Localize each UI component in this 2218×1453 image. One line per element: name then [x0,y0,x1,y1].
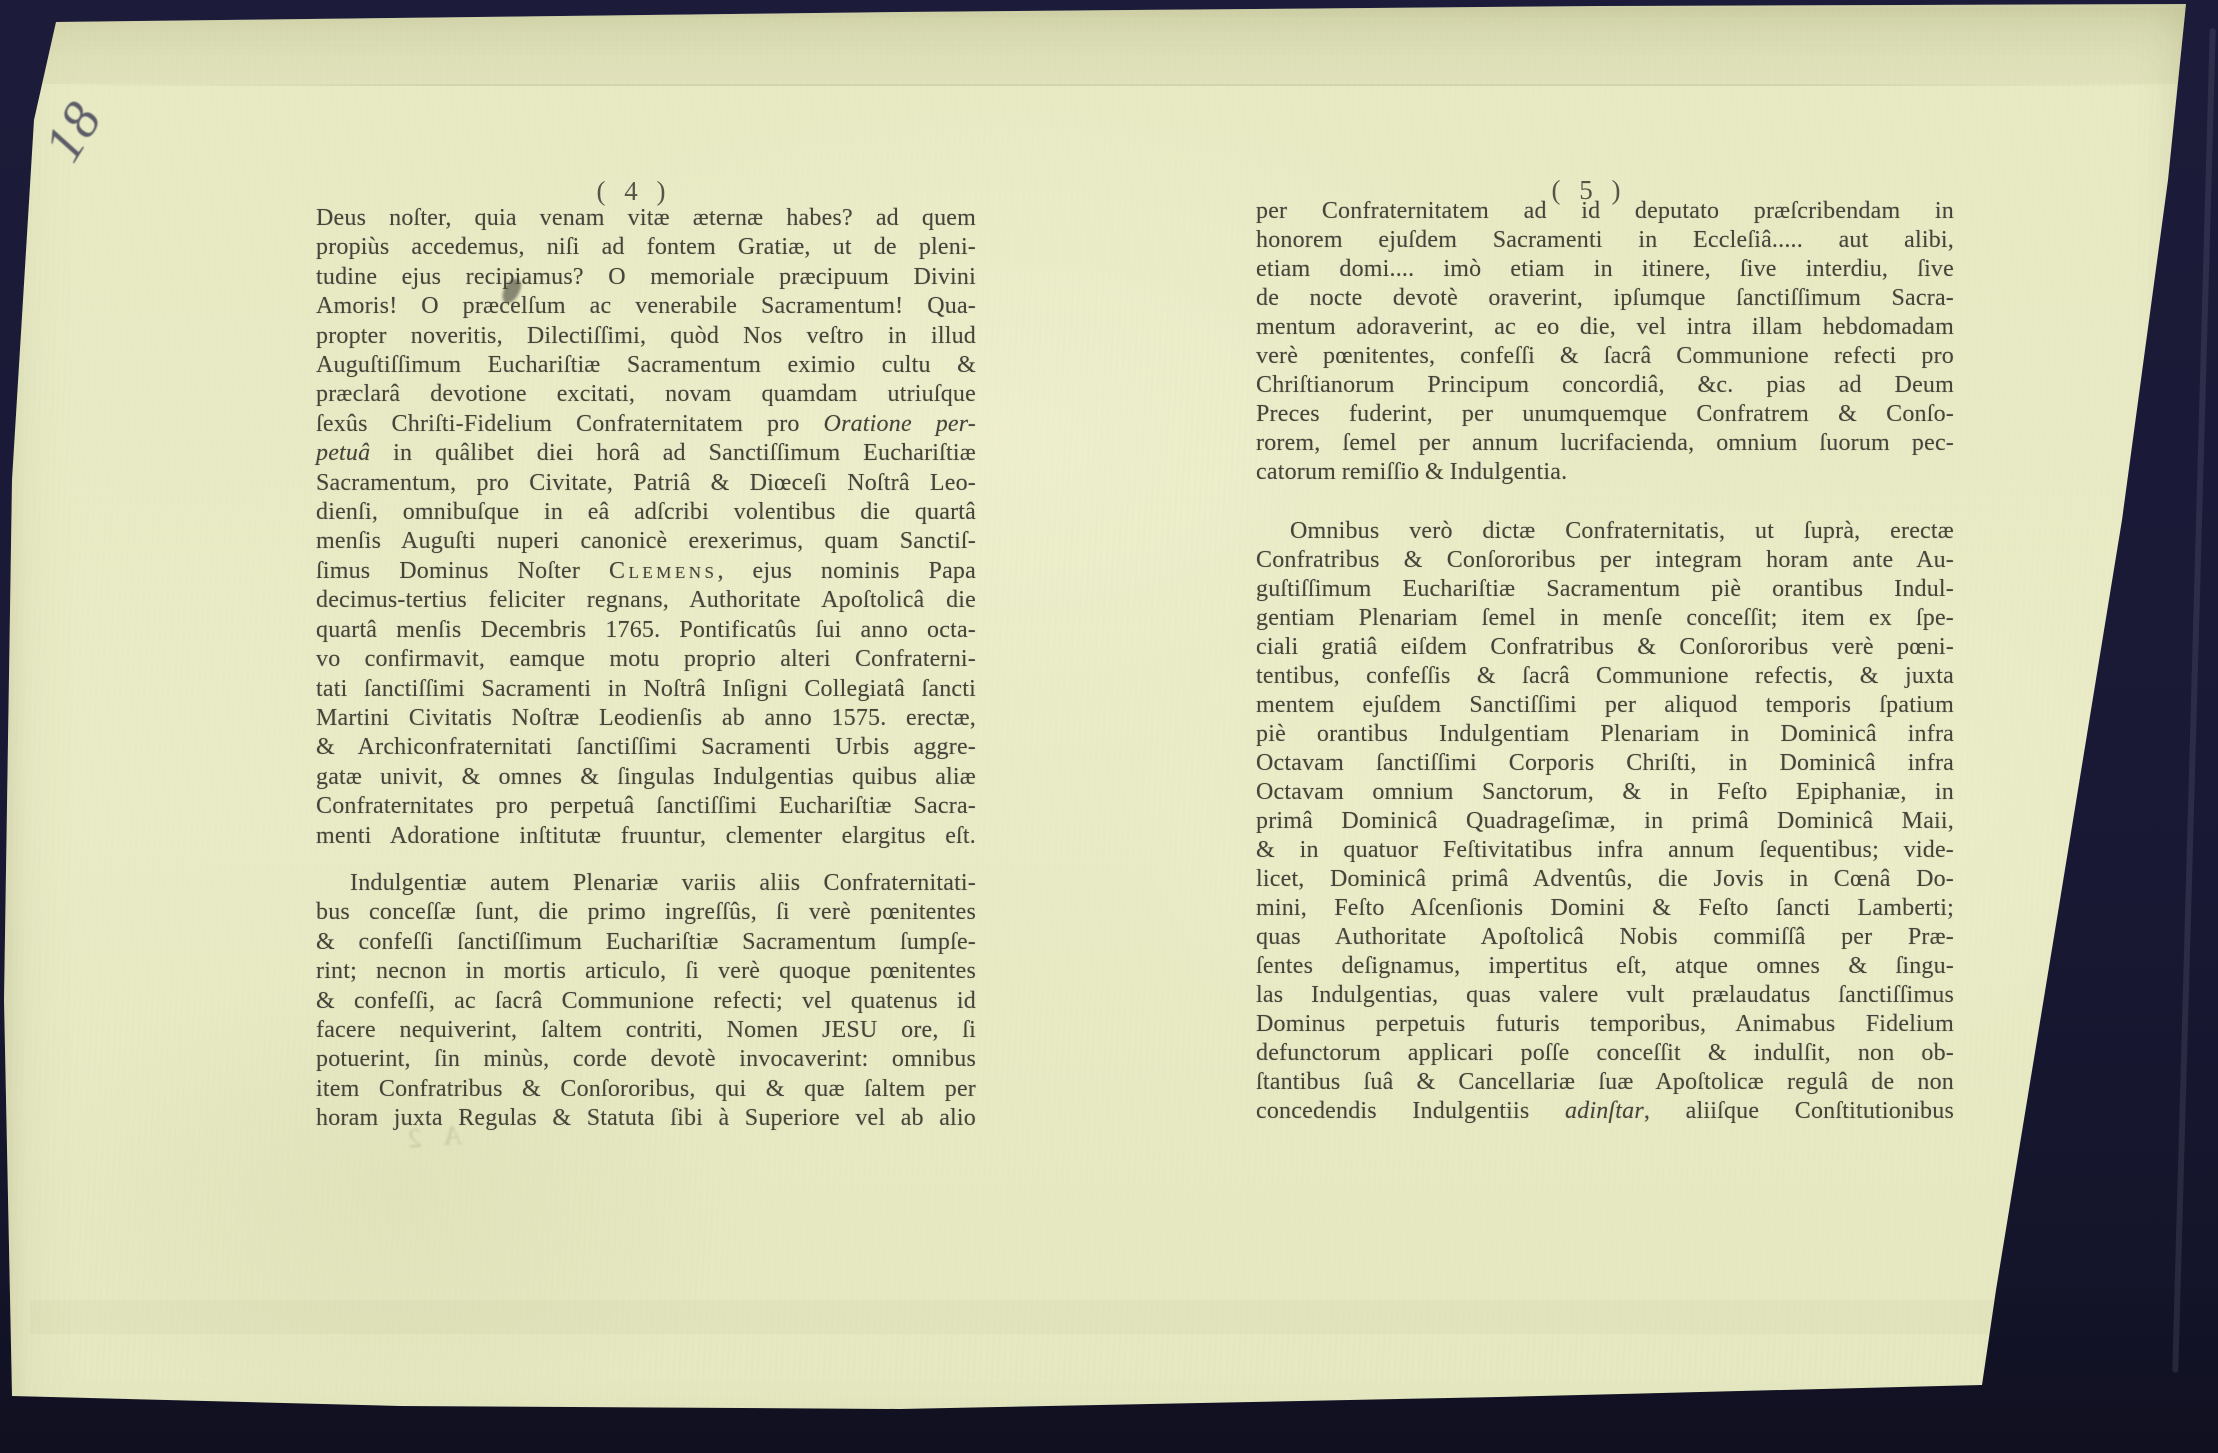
text-line: mini, Feſto Aſcenſionis Domini & Feſto ſ… [1256,894,1954,923]
text-line: Octavam ſanctiſſimi Corporis Chriſti, in… [1256,749,1954,778]
text-line: decimus-tertius feliciter regnans, Autho… [316,586,976,615]
text-line: Confratribus & Conſororibus per integram… [1256,546,1954,575]
text-line: Confraternitates pro perpetuâ ſanctiſſim… [316,792,976,821]
page-4-text: Deus noſter, quia venam vitæ æternæ habe… [316,174,976,1134]
page-4-number: ( 4 ) [316,176,976,207]
text-line: tentibus, confeſſis & ſacrâ Communione r… [1256,662,1954,691]
text-line: piè orantibus Indulgentiam Plenariam in … [1256,720,1954,749]
text-line: facere nequiverint, ſaltem contriti, Nom… [316,1016,976,1045]
text-line: de nocte devotè oraverint, ipſumque ſanc… [1256,284,1954,313]
text-line: rorem, ſemel per annum lucrifacienda, om… [1256,429,1954,458]
text-line: concedendis Indulgentiis adinſtar, aliiſ… [1256,1097,1954,1126]
page-4: ( 4 ) Deus noſter, quia venam vitæ ætern… [316,174,976,1134]
text-line: & confeſſi ſanctiſſimum Euchariſtiæ Sacr… [316,928,976,957]
text-line: menti Adoratione inſtitutæ fruuntur, cle… [316,822,976,851]
text-line: dienſi, omnibuſque in eâ adſcribi volent… [316,498,976,527]
text-line: propiùs accedemus, niſi ad fontem Gratiæ… [316,233,976,262]
text-line: & Archiconfraternitati ſanctiſſimi Sacra… [316,733,976,762]
text-line: ſexûs Chriſti-Fidelium Confraternitatem … [316,410,976,439]
text-line: etiam domi.... imò etiam in itinere, ſiv… [1256,255,1954,284]
text-line: licet, Dominicâ primâ Adventûs, die Jovi… [1256,865,1954,894]
text-line: Preces fuderint, per unumquemque Confrat… [1256,400,1954,429]
text-line: defunctorum applicari poſſe conceſſit & … [1256,1039,1954,1068]
text-line: catorum remiſſio & Indulgentia. [1256,458,1954,487]
text-line: mentem ejuſdem Sanctiſſimi per aliquod t… [1256,691,1954,720]
text-line: quartâ menſis Decembris 1765. Pontificat… [316,616,976,645]
text-line: Deus noſter, quia venam vitæ æternæ habe… [316,204,976,233]
paragraph: Omnibus verò dictæ Confraternitatis, ut … [1256,517,1954,1126]
text-line: las Indulgentias, quas valere vult præla… [1256,981,1954,1010]
text-line: Amoris! O præcelſum ac venerabile Sacram… [316,292,976,321]
page-5-number: ( 5 ) [1256,175,1954,206]
fold-crease [60,84,2178,86]
text-line: Martini Civitatis Noſtræ Leodienſis ab a… [316,704,976,733]
text-line: bus conceſſæ ſunt, die primo ingreſſûs, … [316,898,976,927]
text-line: menſis Auguſti nuperi canonicè erexerimu… [316,527,976,556]
text-line: rint; necnon in mortis articulo, ſi verè… [316,957,976,986]
text-line: tudine ejus recipiamus? O memoriale præc… [316,263,976,292]
page-5-text: per Confraternitatem ad id deputato præſ… [1256,172,1954,1126]
paragraph: Indulgentiæ autem Plenariæ variis aliis … [316,869,976,1134]
text-line: Dominus perpetuis futuris temporibus, An… [1256,1010,1954,1039]
text-line: Chriſtianorum Principum concordiâ, &c. p… [1256,371,1954,400]
text-line: & confeſſi, ac ſacrâ Communione refecti;… [316,987,976,1016]
text-line: primâ Dominicâ Quadrageſimæ, in primâ Do… [1256,807,1954,836]
top-fold-shading [40,8,2188,84]
scanned-document: 18 ( 4 ) Deus noſter, quia venam vitæ æt… [0,0,2218,1453]
text-line: Auguſtiſſimum Euchariſtiæ Sacramentum ex… [316,351,976,380]
text-line: quas Authoritate Apoſtolicâ Nobis commiſ… [1256,923,1954,952]
text-line: honorem ejuſdem Sacramenti in Eccleſiâ..… [1256,226,1954,255]
text-line: ciali gratiâ eiſdem Confratribus & Conſo… [1256,633,1954,662]
text-line: Octavam omnium Sanctorum, & in Feſto Epi… [1256,778,1954,807]
text-line: ſimus Dominus Noſter Clemens, ejus nomin… [316,557,976,586]
text-line: Indulgentiæ autem Plenariæ variis aliis … [316,869,976,898]
page-5: ( 5 ) per Confraternitatem ad id deputat… [1256,172,1954,1126]
signature-mark-showthrough: A 2 [399,1120,463,1155]
text-line: Omnibus verò dictæ Confraternitatis, ut … [1256,517,1954,546]
text-line: tati ſanctiſſimi Sacramenti in Noſtrâ In… [316,675,976,704]
text-line: gentiam Plenariam ſemel in menſe conceſſ… [1256,604,1954,633]
text-line: potuerint, ſin minùs, corde devotè invoc… [316,1045,976,1074]
text-line: petuâ in quâlibet diei horâ ad Sanctiſſi… [316,439,976,468]
text-line: mentum adoraverint, ac eo die, vel intra… [1256,313,1954,342]
text-line: Sacramentum, pro Civitate, Patriâ & Diœc… [316,469,976,498]
text-line: ſtantibus ſuâ & Cancellariæ ſuæ Apoſtoli… [1256,1068,1954,1097]
text-line: gatæ univit, & omnes & ſingulas Indulgen… [316,763,976,792]
lower-fold-shading [30,1300,2018,1334]
text-line: & in quatuor Feſtivitatibus infra annum … [1256,836,1954,865]
text-line: propter noveritis, Dilectiſſimi, quòd No… [316,322,976,351]
text-line: præclarâ devotione excitati, novam quamd… [316,380,976,409]
text-line: verè pœnitentes, confeſſi & ſacrâ Commun… [1256,342,1954,371]
paragraph: per Confraternitatem ad id deputato præſ… [1256,197,1954,487]
text-line: vo confirmavit, eamque motu proprio alte… [316,645,976,674]
paper-sheet: 18 ( 4 ) Deus noſter, quia venam vitæ æt… [0,0,2218,1453]
paragraph: Deus noſter, quia venam vitæ æternæ habe… [316,204,976,851]
text-line: ſentes deſignamus, impertitus eſt, atque… [1256,952,1954,981]
text-line: guſtiſſimum Euchariſtiæ Sacramentum piè … [1256,575,1954,604]
text-line: item Confratribus & Conſororibus, qui & … [316,1075,976,1104]
